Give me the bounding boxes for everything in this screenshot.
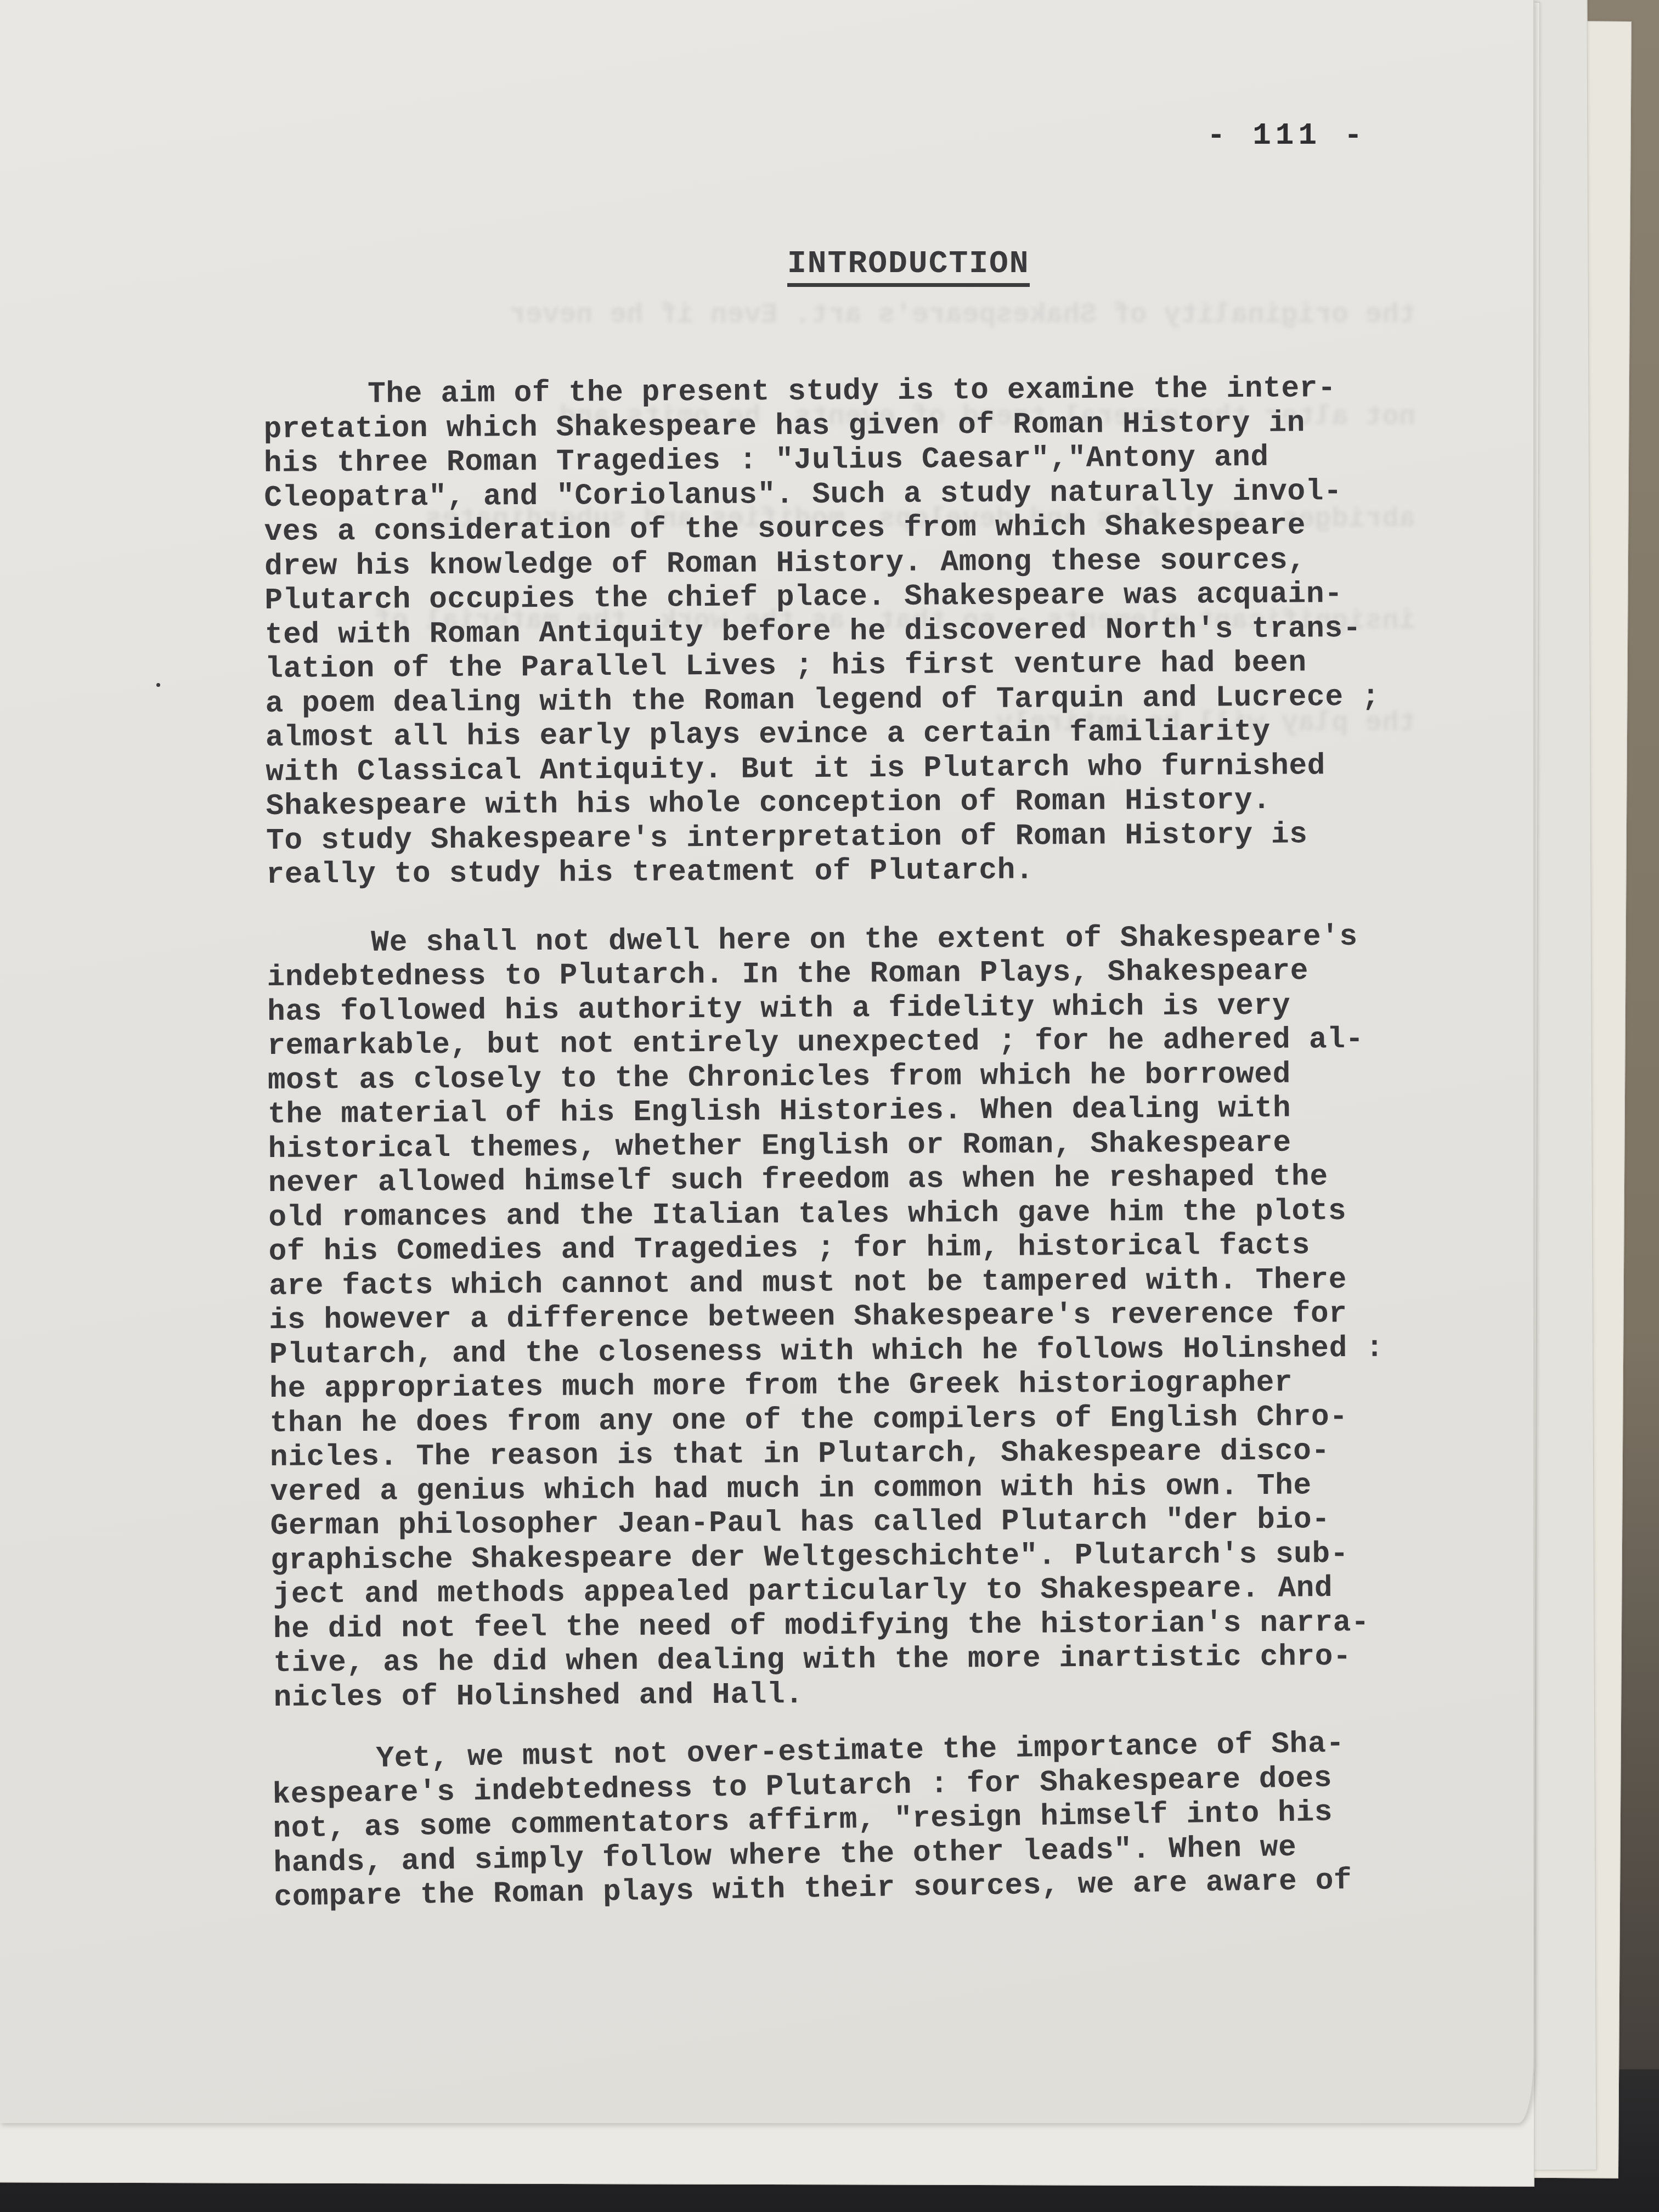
paragraph-1: The aim of the present study is to exami… xyxy=(263,371,1528,893)
typewritten-page: the originality of Shakespeare's art. Ev… xyxy=(0,0,1534,2123)
text-line: nicles of Holinshed and Hall. xyxy=(274,1673,1534,1716)
bleed-line: the originality of Shakespeare's art. Ev… xyxy=(154,298,1415,332)
margin-speck xyxy=(156,683,160,687)
page-number: - 111 - xyxy=(1207,118,1367,153)
section-heading: INTRODUCTION xyxy=(787,247,1030,287)
body-text: The aim of the present study is to exami… xyxy=(263,371,1534,1921)
text-line: really to study his treatment of Plutarc… xyxy=(266,851,1528,893)
paragraph-2: We shall not dwell here on the extent of… xyxy=(267,919,1533,1716)
paragraph-3: Yet, we must not over-estimate the impor… xyxy=(272,1724,1534,1916)
